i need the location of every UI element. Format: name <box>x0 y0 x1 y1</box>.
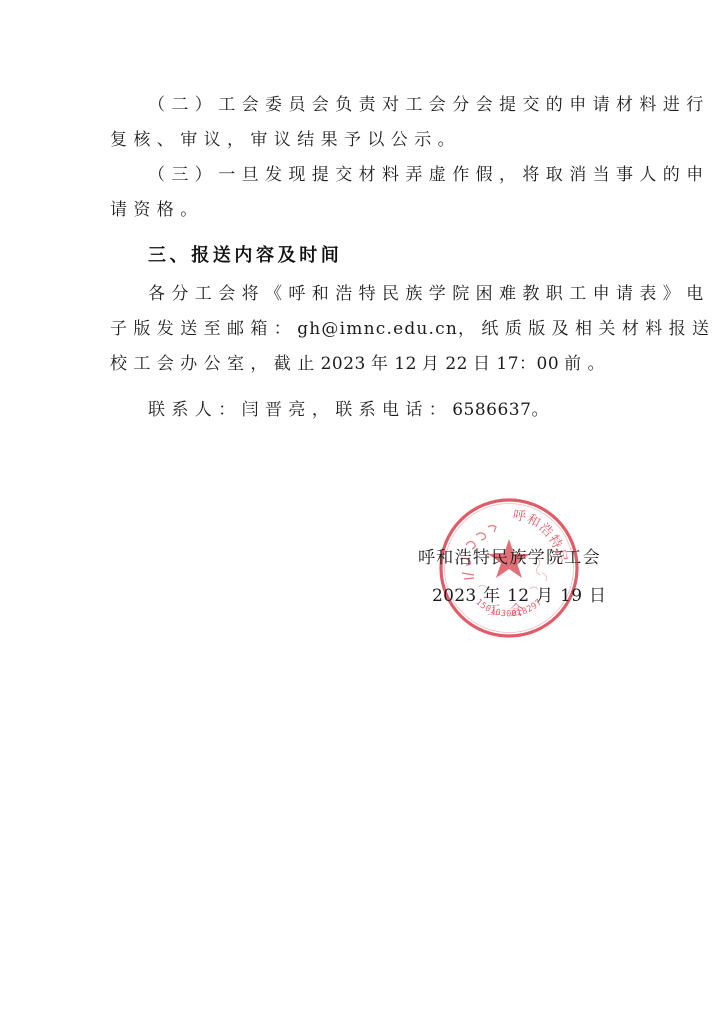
year-char: 年 <box>371 354 394 374</box>
document-page: （二）工会委员会负责对工会分会提交的申请材料进行 复核、审议，审议结果予以公示。… <box>0 0 720 1018</box>
section-heading: 三、报送内容及时间 <box>148 244 342 268</box>
submission-line-3-prefix: 校工会办公室，截止 <box>110 354 321 374</box>
email-link[interactable]: gh@imnc.edu.cn <box>297 319 458 339</box>
submission-line-1: 各分工会将《呼和浩特民族学院困难教职工申请表》电 <box>148 282 710 306</box>
contact-line: 联系人：闫晋亮，联系电话：6586637。 <box>148 398 555 422</box>
deadline-day: 22 <box>445 354 468 374</box>
month-char: 月 <box>422 354 445 374</box>
contact-name: 闫晋亮 <box>242 400 312 420</box>
paragraph-item-2-line-1: （二）工会委员会负责对工会分会提交的申请材料进行 <box>148 93 710 117</box>
day-char: 日 <box>473 354 496 374</box>
paragraph-item-3-line-1: （三）一旦发现提交材料弄虚作假，将取消当事人的申 <box>148 163 710 187</box>
deadline-month: 12 <box>394 354 417 374</box>
submission-line-2-prefix: 子版发送至邮箱： <box>110 319 297 339</box>
signature-organization: 呼和浩特民族学院工会 <box>418 546 601 570</box>
paragraph-item-3-line-2: 请资格。 <box>110 198 204 222</box>
paragraph-item-2-line-2: 复核、审议，审议结果予以公示。 <box>110 128 461 152</box>
submission-line-3-suffix: 前。 <box>564 354 611 374</box>
deadline-year: 2023 <box>321 354 366 374</box>
submission-line-2-suffix: ，纸质版及相关材料报送 <box>458 319 715 339</box>
signature-date: 2023 年 12 月 19 日 <box>432 584 606 608</box>
contact-phone: 6586637 <box>452 400 531 420</box>
submission-line-2: 子版发送至邮箱：gh@imnc.edu.cn，纸质版及相关材料报送 <box>110 317 715 341</box>
contact-label: 联系人： <box>148 400 242 420</box>
contact-end: 。 <box>531 400 554 420</box>
submission-line-3: 校工会办公室，截止2023年12月22日17：00前。 <box>110 352 611 376</box>
deadline-time: 17：00 <box>496 354 559 374</box>
contact-phone-label: ，联系电话： <box>312 400 452 420</box>
